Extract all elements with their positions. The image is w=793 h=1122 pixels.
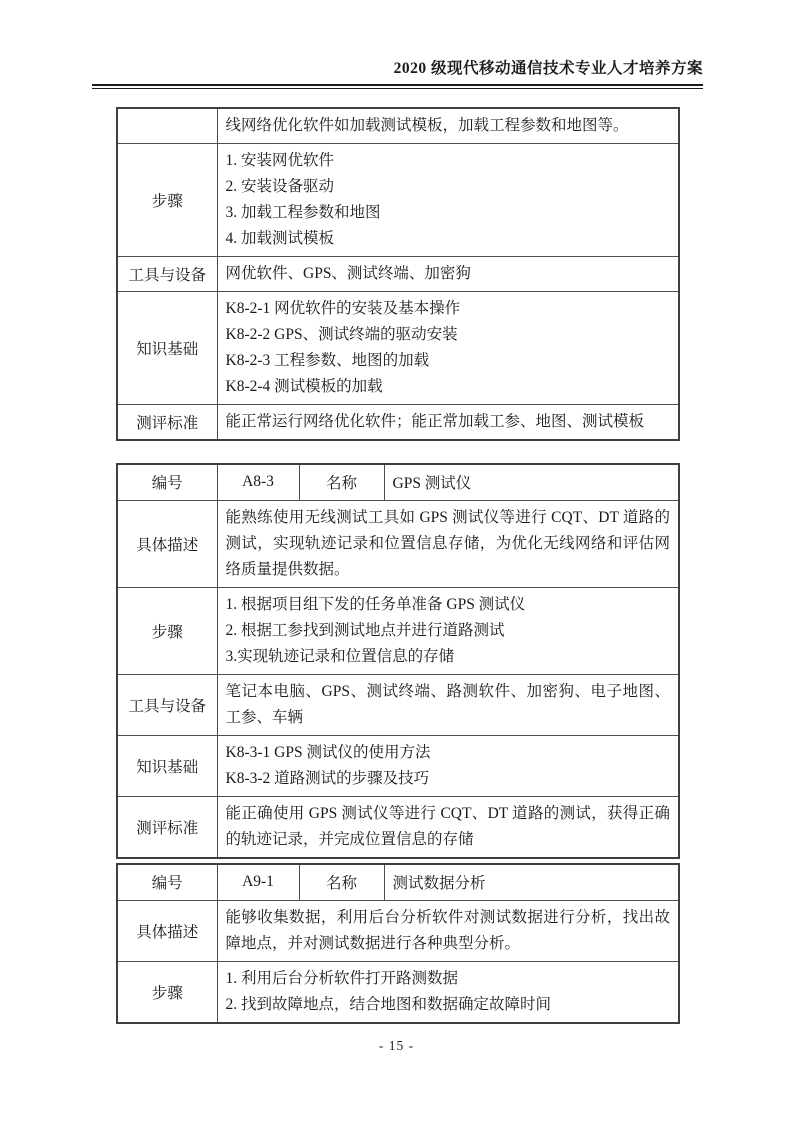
name-value-cell: GPS 测试仪 [384,464,679,500]
content-line: K8-2-1 网优软件的安装及基本操作 [226,296,671,322]
row-content-cell: 1. 利用后台分析软件打开路测数据 2. 找到故障地点，结合地图和数据确定故障时… [217,961,679,1023]
row-label-cell: 测评标准 [117,405,217,441]
content-paragraph: 笔记本电脑、GPS、测试终端、路测软件、加密狗、电子地图、工参、车辆 [226,679,671,731]
table-row: 知识基础 K8-3-1 GPS 测试仪的使用方法 K8-3-2 道路测试的步骤及… [117,735,679,796]
row-label-cell: 测评标准 [117,796,217,858]
name-value-cell: 测试数据分析 [384,864,679,900]
name-label-cell: 名称 [299,464,384,500]
content-line: K8-3-2 道路测试的步骤及技巧 [226,766,671,792]
row-content-cell: K8-3-1 GPS 测试仪的使用方法 K8-3-2 道路测试的步骤及技巧 [217,735,679,796]
content-line: 1. 安装网优软件 [226,148,671,174]
row-content-cell: 能够收集数据，利用后台分析软件对测试数据进行分析，找出故障地点，并对测试数据进行… [217,900,679,961]
no-value-cell: A9-1 [217,864,299,900]
page-header-title: 2020 级现代移动通信技术专业人才培养方案 [92,56,703,78]
table-row: 知识基础 K8-2-1 网优软件的安装及基本操作 K8-2-2 GPS、测试终端… [117,292,679,405]
table-row: 测评标准 能正常运行网络优化软件；能正常加载工参、地图、测试模板 [117,405,679,441]
row-label-cell: 具体描述 [117,500,217,587]
table-id-row: 编号 A8-3 名称 GPS 测试仪 [117,464,679,500]
content-line: 2. 安装设备驱动 [226,174,671,200]
row-content-cell: 能熟练使用无线测试工具如 GPS 测试仪等进行 CQT、DT 道路的测试，实现轨… [217,500,679,587]
task-table-1-grid: 线网络优化软件如加载测试模板，加载工程参数和地图等。 步骤 1. 安装网优软件 … [116,107,680,441]
content-line: 网优软件、GPS、测试终端、加密狗 [226,261,671,287]
no-value-cell: A8-3 [217,464,299,500]
table-row: 工具与设备 网优软件、GPS、测试终端、加密狗 [117,257,679,292]
content-line: K8-2-2 GPS、测试终端的驱动安装 [226,322,671,348]
content-line: K8-2-3 工程参数、地图的加载 [226,348,671,374]
content-line: K8-3-1 GPS 测试仪的使用方法 [226,740,671,766]
task-table-3-grid: 编号 A9-1 名称 测试数据分析 具体描述 能够收集数据，利用后台分析软件对测… [116,863,680,1024]
table-row: 具体描述 能够收集数据，利用后台分析软件对测试数据进行分析，找出故障地点，并对测… [117,900,679,961]
row-label-cell: 步骤 [117,961,217,1023]
table-row: 步骤 1. 安装网优软件 2. 安装设备驱动 3. 加载工程参数和地图 4. 加… [117,144,679,257]
content-line: 1. 根据项目组下发的任务单准备 GPS 测试仪 [226,592,671,618]
row-label-cell: 工具与设备 [117,674,217,735]
row-content-cell: K8-2-1 网优软件的安装及基本操作 K8-2-2 GPS、测试终端的驱动安装… [217,292,679,405]
page-number: - 15 - [0,1038,793,1054]
row-label-cell: 步骤 [117,587,217,674]
content-paragraph: 能正确使用 GPS 测试仪等进行 CQT、DT 道路的测试，获得正确的轨迹记录，… [226,801,671,853]
task-table-2-grid: 编号 A8-3 名称 GPS 测试仪 具体描述 能熟练使用无线测试工具如 GPS… [116,463,680,859]
table-row: 具体描述 能熟练使用无线测试工具如 GPS 测试仪等进行 CQT、DT 道路的测… [117,500,679,587]
table-row: 测评标准 能正确使用 GPS 测试仪等进行 CQT、DT 道路的测试，获得正确的… [117,796,679,858]
table-row: 工具与设备 笔记本电脑、GPS、测试终端、路测软件、加密狗、电子地图、工参、车辆 [117,674,679,735]
content-line: 3.实现轨迹记录和位置信息的存储 [226,644,671,670]
no-label-cell: 编号 [117,864,217,900]
task-table-1: 线网络优化软件如加载测试模板，加载工程参数和地图等。 步骤 1. 安装网优软件 … [116,107,680,441]
content-paragraph: 能熟练使用无线测试工具如 GPS 测试仪等进行 CQT、DT 道路的测试，实现轨… [226,505,671,583]
row-label-cell: 步骤 [117,144,217,257]
row-content-cell: 线网络优化软件如加载测试模板，加载工程参数和地图等。 [217,108,679,144]
table-row: 线网络优化软件如加载测试模板，加载工程参数和地图等。 [117,108,679,144]
row-content-cell: 能正常运行网络优化软件；能正常加载工参、地图、测试模板 [217,405,679,441]
row-label-cell: 知识基础 [117,735,217,796]
content-line: 能正常运行网络优化软件；能正常加载工参、地图、测试模板 [226,409,671,435]
table-row: 步骤 1. 利用后台分析软件打开路测数据 2. 找到故障地点，结合地图和数据确定… [117,961,679,1023]
row-content-cell: 1. 安装网优软件 2. 安装设备驱动 3. 加载工程参数和地图 4. 加载测试… [217,144,679,257]
row-label-cell: 工具与设备 [117,257,217,292]
content-line: 线网络优化软件如加载测试模板，加载工程参数和地图等。 [226,113,671,139]
content-line: K8-2-4 测试模板的加载 [226,374,671,400]
content-line: 4. 加载测试模板 [226,226,671,252]
header-double-rule [92,84,703,89]
row-label-cell: 知识基础 [117,292,217,405]
table-row: 步骤 1. 根据项目组下发的任务单准备 GPS 测试仪 2. 根据工参找到测试地… [117,587,679,674]
content-line: 1. 利用后台分析软件打开路测数据 [226,966,671,992]
document-page: 2020 级现代移动通信技术专业人才培养方案 线网络优化软件如加载测试模板，加载… [0,0,793,1122]
row-content-cell: 能正确使用 GPS 测试仪等进行 CQT、DT 道路的测试，获得正确的轨迹记录，… [217,796,679,858]
task-table-3: 编号 A9-1 名称 测试数据分析 具体描述 能够收集数据，利用后台分析软件对测… [116,863,680,1024]
row-label-cell: 具体描述 [117,900,217,961]
row-label-cell [117,108,217,144]
content-line: 2. 找到故障地点，结合地图和数据确定故障时间 [226,992,671,1018]
content-line: 2. 根据工参找到测试地点并进行道路测试 [226,618,671,644]
no-label-cell: 编号 [117,464,217,500]
content-paragraph: 能够收集数据，利用后台分析软件对测试数据进行分析，找出故障地点，并对测试数据进行… [226,905,671,957]
task-table-2: 编号 A8-3 名称 GPS 测试仪 具体描述 能熟练使用无线测试工具如 GPS… [116,463,680,859]
table-id-row: 编号 A9-1 名称 测试数据分析 [117,864,679,900]
row-content-cell: 1. 根据项目组下发的任务单准备 GPS 测试仪 2. 根据工参找到测试地点并进… [217,587,679,674]
row-content-cell: 网优软件、GPS、测试终端、加密狗 [217,257,679,292]
content-line: 3. 加载工程参数和地图 [226,200,671,226]
name-label-cell: 名称 [299,864,384,900]
row-content-cell: 笔记本电脑、GPS、测试终端、路测软件、加密狗、电子地图、工参、车辆 [217,674,679,735]
